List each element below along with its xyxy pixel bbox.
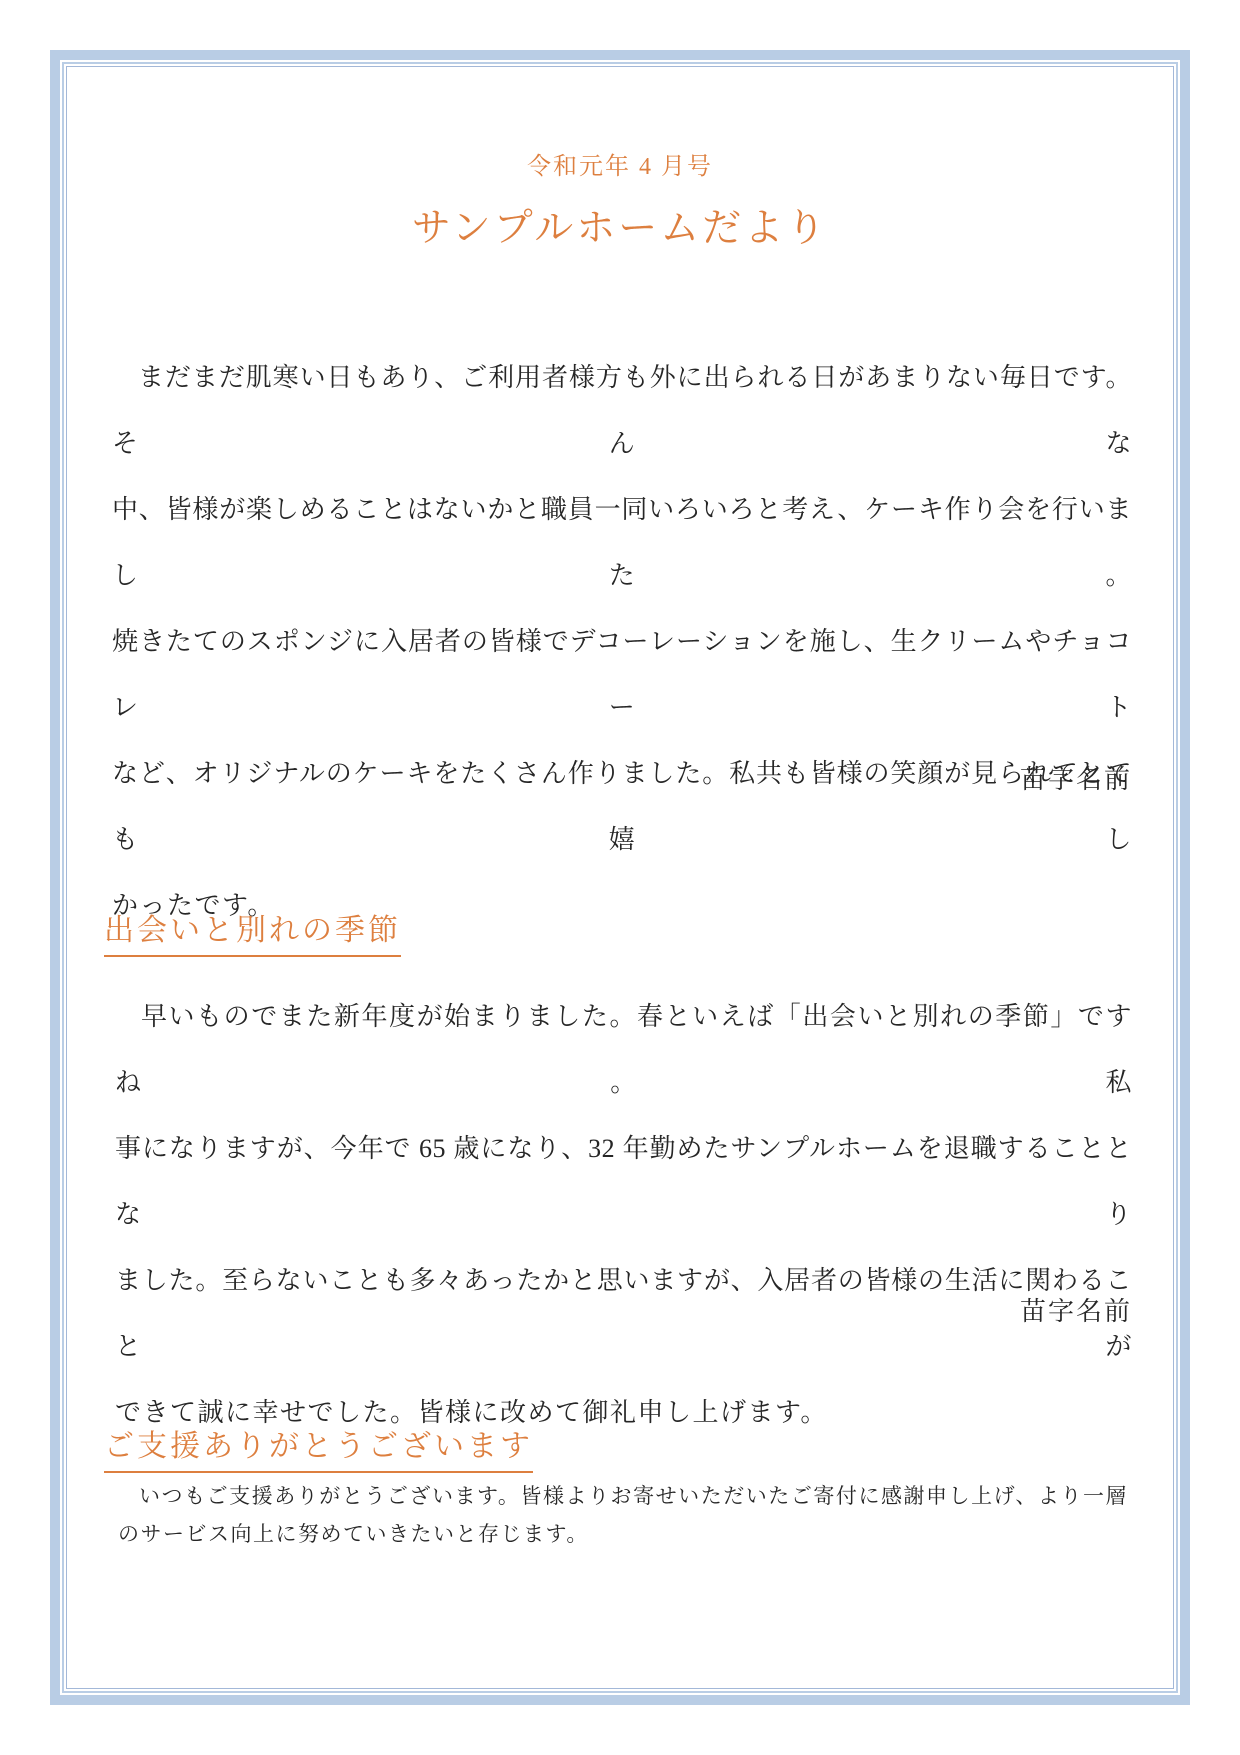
paragraph-line: のサービス向上に努めていきたいと存じます。 xyxy=(118,1515,1127,1553)
newsletter-title: サンプルホームだより xyxy=(0,204,1240,254)
paragraph-line: いつもご支援ありがとうございます。皆様よりお寄せいただいたご寄付に感謝申し上げ、… xyxy=(118,1477,1127,1515)
article1-signature: 苗字名前 xyxy=(112,760,1132,800)
article1-body: まだまだ肌寒い日もあり、ご利用者様方も外に出られる日があまりない毎日です。そんな… xyxy=(112,345,1132,939)
paragraph-line: 早いものでまた新年度が始まりました。春といえば「出会いと別れの季節」ですね。私 xyxy=(115,984,1132,1116)
article2-signature: 苗字名前 xyxy=(112,1292,1132,1332)
article2-body: 早いものでまた新年度が始まりました。春といえば「出会いと別れの季節」ですね。私 … xyxy=(115,984,1132,1446)
article2-heading-text: 出会いと別れの季節 xyxy=(104,912,401,957)
paragraph-line: 中、皆様が楽しめることはないかと職員一同いろいろと考え、ケーキ作り会を行いました… xyxy=(112,477,1132,609)
paragraph-line: 事になりますが、今年で 65 歳になり、32 年勤めたサンプルホームを退職するこ… xyxy=(115,1116,1132,1248)
article3-heading-text: ご支援ありがとうございます xyxy=(104,1428,533,1473)
article3-body: いつもご支援ありがとうございます。皆様よりお寄せいただいたご寄付に感謝申し上げ、… xyxy=(118,1477,1127,1553)
paragraph-line: まだまだ肌寒い日もあり、ご利用者様方も外に出られる日があまりない毎日です。そんな xyxy=(112,345,1132,477)
paragraph-line: 焼きたてのスポンジに入居者の皆様でデコーレーションを施し、生クリームやチョコレー… xyxy=(112,609,1132,741)
issue-label: 令和元年 4 月号 xyxy=(0,152,1240,182)
article3-heading: ご支援ありがとうございます xyxy=(104,1428,533,1473)
article2-heading: 出会いと別れの季節 xyxy=(104,912,401,957)
